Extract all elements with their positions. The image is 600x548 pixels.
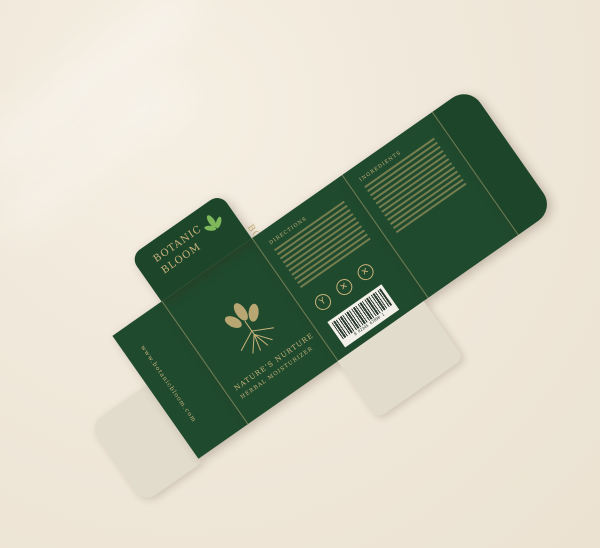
ingredients-text xyxy=(364,138,468,236)
cruelty-free-icon: Y xyxy=(312,291,334,313)
directions-text xyxy=(274,201,372,291)
no-additives-icon: ✕ xyxy=(333,276,355,298)
no-chemicals-icon: ✕ xyxy=(354,261,376,283)
box-dieline: www.botanicbloom.com BOTANIC BLOOM NATUR… xyxy=(0,0,600,548)
leaf-icon xyxy=(198,208,229,239)
